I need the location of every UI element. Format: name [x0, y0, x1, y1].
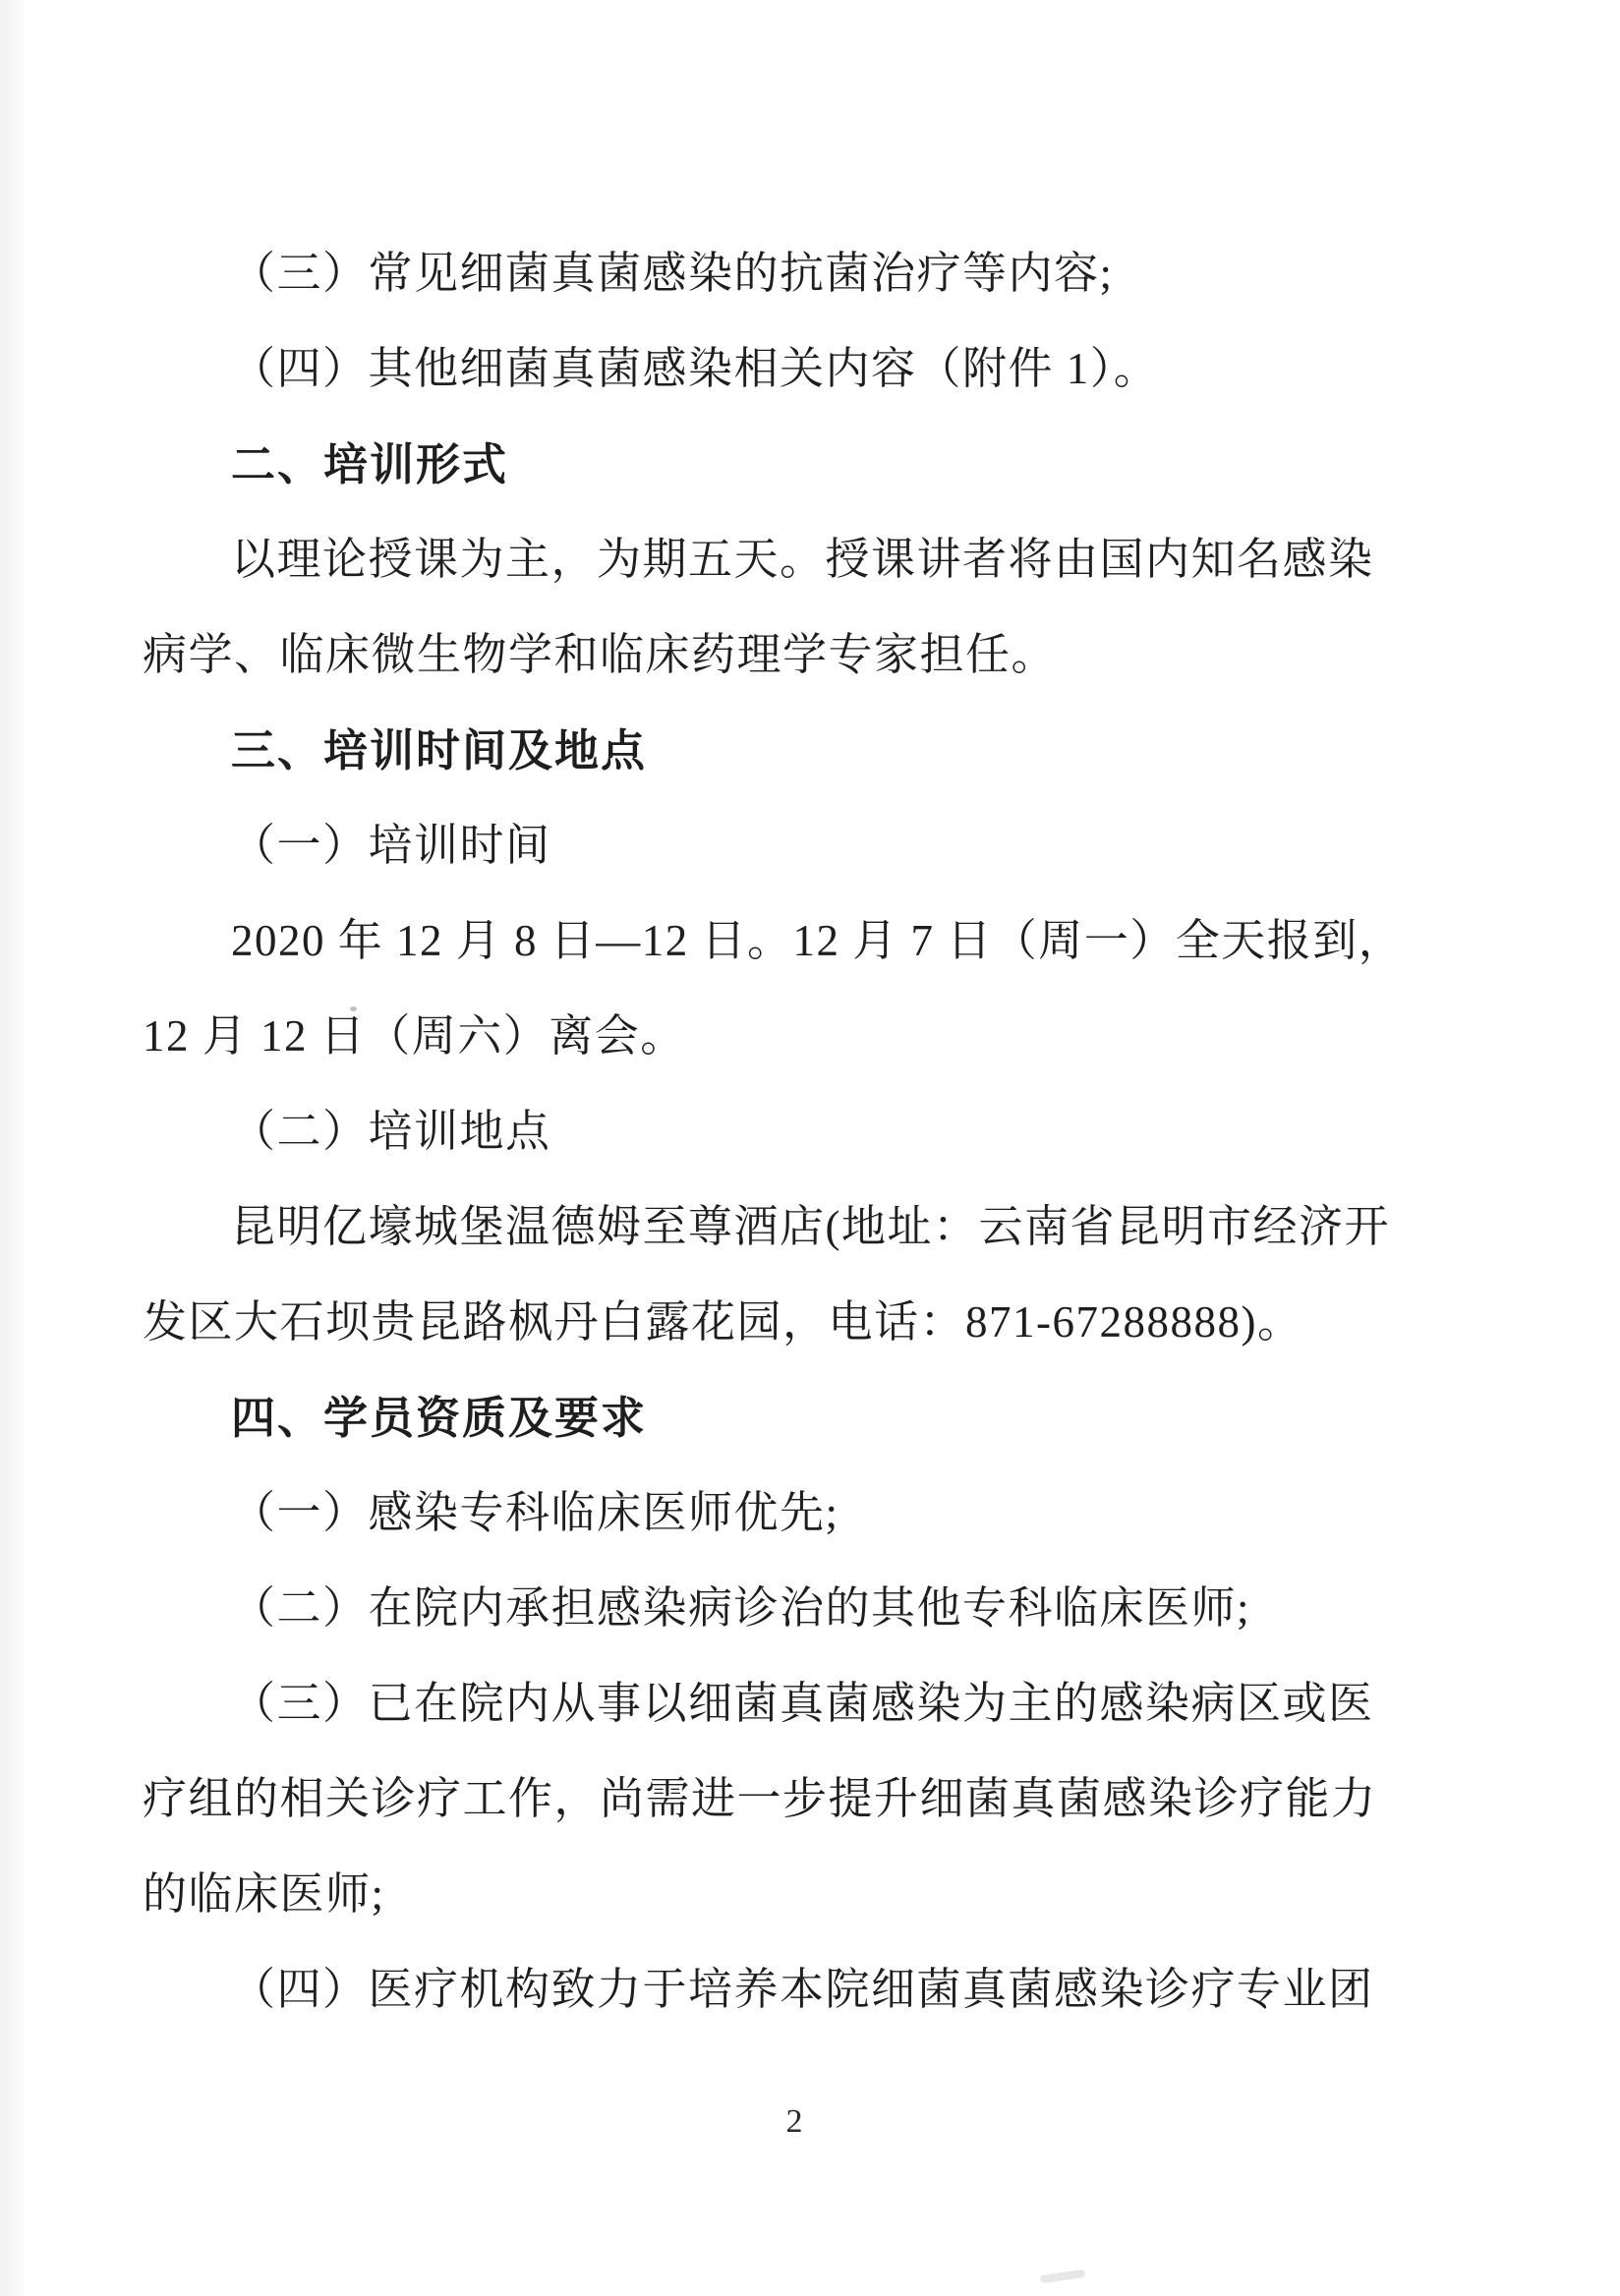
- body-text-line: （四）医疗机构致力于培养本院细菌真菌感染诊疗专业团: [143, 1942, 1499, 2038]
- body-text-line: （三）常见细菌真菌感染的抗菌治疗等内容;: [143, 226, 1499, 321]
- body-text-line: 以理论授课为主，为期五天。授课讲者将由国内知名感染: [143, 512, 1499, 607]
- section-heading: 四、学员资质及要求: [143, 1370, 1499, 1465]
- scan-artifact-smudge: [1040, 2269, 1086, 2283]
- body-text-line: 病学、临床微生物学和临床药理学专家担任。: [143, 607, 1499, 703]
- body-text-line: 2020 年 12 月 8 日—12 日。12 月 7 日（周一）全天报到，: [143, 893, 1499, 989]
- section-heading: 三、培训时间及地点: [143, 703, 1499, 798]
- document-page: （三）常见细菌真菌感染的抗菌治疗等内容;（四）其他细菌真菌感染相关内容（附件 1…: [0, 0, 1620, 2296]
- body-text-line: （二）在院内承担感染病诊治的其他专科临床医师;: [143, 1561, 1499, 1656]
- document-body: （三）常见细菌真菌感染的抗菌治疗等内容;（四）其他细菌真菌感染相关内容（附件 1…: [143, 226, 1499, 2038]
- page-number: 2: [0, 2103, 1589, 2141]
- body-text-line: 疗组的相关诊疗工作，尚需进一步提升细菌真菌感染诊疗能力: [143, 1751, 1499, 1847]
- scan-artifact-dot: [350, 1006, 357, 1011]
- body-text-line: 昆明亿壕城堡温德姆至尊酒店(地址：云南省昆明市经济开: [143, 1179, 1499, 1275]
- body-text-line: （一）感染专科临床医师优先;: [143, 1465, 1499, 1561]
- section-heading: 二、培训形式: [143, 417, 1499, 512]
- body-text-line: （四）其他细菌真菌感染相关内容（附件 1）。: [143, 321, 1499, 417]
- sub-heading: （一）培训时间: [143, 798, 1499, 893]
- body-text-line: 的临床医师;: [143, 1847, 1499, 1942]
- body-text-line: （三）已在院内从事以细菌真菌感染为主的感染病区或医: [143, 1656, 1499, 1751]
- body-text-line: 发区大石坝贵昆路枫丹白露花园，电话：871-67288888)。: [143, 1275, 1499, 1370]
- sub-heading: （二）培训地点: [143, 1084, 1499, 1179]
- body-text-line: 12 月 12 日（周六）离会。: [143, 989, 1499, 1084]
